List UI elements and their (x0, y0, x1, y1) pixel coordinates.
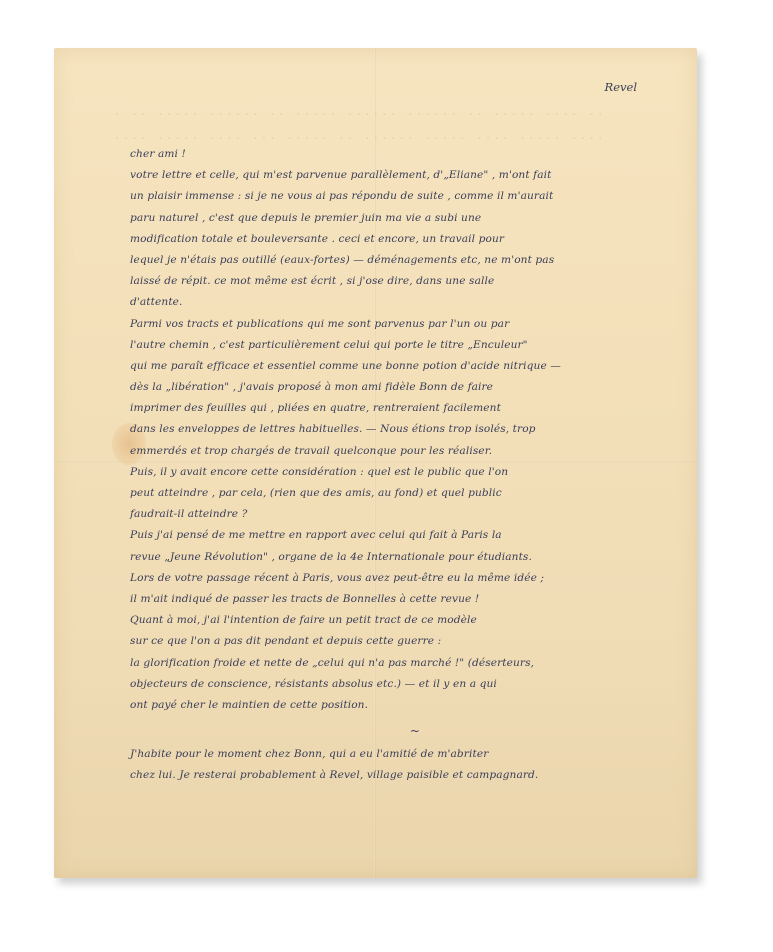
handwritten-line: modification totale et bouleversante . c… (130, 229, 697, 250)
show-through-text: . .. ..... ...... .. ..... ...... ......… (114, 100, 674, 148)
handwritten-line: objecteurs de conscience, résistants abs… (130, 674, 697, 695)
handwritten-line: qui me paraît efficace et essentiel comm… (130, 356, 697, 377)
handwritten-line: revue „Jeune Révolution" , organe de la … (130, 547, 697, 568)
handwritten-line: Puis j'ai pensé de me mettre en rapport … (130, 525, 697, 546)
handwritten-line: Puis, il y avait encore cette considérat… (130, 462, 697, 483)
handwritten-line: J'habite pour le moment chez Bonn, qui a… (130, 744, 697, 765)
letter-body: cher ami ! votre lettre et celle, qui m'… (130, 144, 697, 786)
handwritten-line: lequel je n'étais pas outillé (eaux-fort… (130, 250, 697, 271)
letter-sheet: . .. ..... ...... .. ..... ...... ......… (54, 48, 697, 878)
handwritten-line: emmerdés et trop chargés de travail quel… (130, 441, 697, 462)
handwritten-line: faudrait-il atteindre ? (130, 504, 697, 525)
handwritten-line: chez lui. Je resterai probablement à Rev… (130, 765, 697, 786)
handwritten-line: la glorification froide et nette de „cel… (130, 653, 697, 674)
handwritten-line: peut atteindre , par cela, (rien que des… (130, 483, 697, 504)
handwritten-line: laissé de répit. ce mot même est écrit ,… (130, 271, 697, 292)
handwritten-line: dans les enveloppes de lettres habituell… (130, 419, 697, 440)
handwritten-line: sur ce que l'on a pas dit pendant et dep… (130, 631, 697, 652)
handwritten-line: l'autre chemin , c'est particulièrement … (130, 335, 697, 356)
handwritten-line: Lors de votre passage récent à Paris, vo… (130, 568, 697, 589)
handwritten-line: imprimer des feuilles qui , pliées en qu… (130, 398, 697, 419)
handwritten-line: dès la „libération" , j'avais proposé à … (130, 377, 697, 398)
salutation: cher ami ! (130, 144, 697, 165)
handwritten-line: il m'ait indiqué de passer les tracts de… (130, 589, 697, 610)
section-separator: ~ (130, 716, 697, 744)
handwritten-line: un plaisir immense : si je ne vous ai pa… (130, 186, 697, 207)
handwritten-line: Parmi vos tracts et publications qui me … (130, 314, 697, 335)
closing-lines: J'habite pour le moment chez Bonn, qui a… (130, 744, 697, 786)
handwritten-line: ont payé cher le maintien de cette posit… (130, 695, 697, 716)
handwritten-line: d'attente. (130, 292, 697, 313)
body-lines: votre lettre et celle, qui m'est parvenu… (130, 165, 697, 716)
handwritten-line: votre lettre et celle, qui m'est parvenu… (130, 165, 697, 186)
handwritten-line: paru naturel , c'est que depuis le premi… (130, 208, 697, 229)
handwritten-line: Quant à moi, j'ai l'intention de faire u… (130, 610, 697, 631)
place-header: Revel (605, 80, 637, 94)
